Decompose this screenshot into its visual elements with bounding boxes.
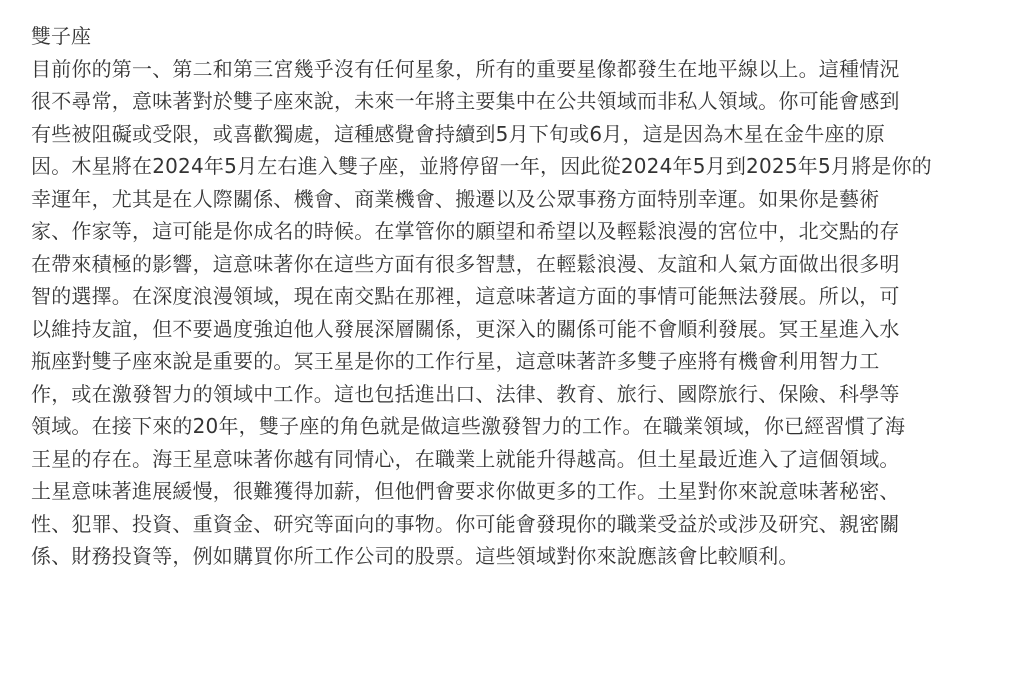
body-line: 作，或在激發智力的領域中工作。這也包括進出口、法律、教育、旅行、國際旅行、保險、… [31, 378, 991, 411]
body-line: 土星意味著進展緩慢，很難獲得加薪，但他們會要求你做更多的工作。土星對你來說意味著… [31, 475, 991, 508]
horoscope-article: 雙子座 目前你的第一、第二和第三宮幾乎沒有任何星象，所有的重要星像都發生在地平線… [31, 20, 991, 573]
body-line: 瓶座對雙子座來說是重要的。冥王星是你的工作行星，這意味著許多雙子座將有機會利用智… [31, 345, 991, 378]
article-title: 雙子座 [31, 20, 991, 53]
body-line: 有些被阻礙或受限，或喜歡獨處，這種感覺會持續到5月下旬或6月，這是因為木星在金牛… [31, 118, 991, 151]
body-line: 王星的存在。海王星意味著你越有同情心，在職業上就能升得越高。但土星最近進入了這個… [31, 443, 991, 476]
body-line: 領域。在接下來的20年，雙子座的角色就是做這些激發智力的工作。在職業領域，你已經… [31, 410, 991, 443]
body-line: 智的選擇。在深度浪漫領域，現在南交點在那裡，這意味著這方面的事情可能無法發展。所… [31, 280, 991, 313]
body-line: 很不尋常，意味著對於雙子座來說，未來一年將主要集中在公共領域而非私人領域。你可能… [31, 85, 991, 118]
body-line: 以維持友誼，但不要過度強迫他人發展深層關係，更深入的關係可能不會順利發展。冥王星… [31, 313, 991, 346]
body-line: 在帶來積極的影響，這意味著你在這些方面有很多智慧，在輕鬆浪漫、友誼和人氣方面做出… [31, 248, 991, 281]
body-line: 家、作家等，這可能是你成名的時候。在掌管你的願望和希望以及輕鬆浪漫的宮位中，北交… [31, 215, 991, 248]
body-line: 性、犯罪、投資、重資金、研究等面向的事物。你可能會發現你的職業受益於或涉及研究、… [31, 508, 991, 541]
article-body: 目前你的第一、第二和第三宮幾乎沒有任何星象，所有的重要星像都發生在地平線以上。這… [31, 53, 991, 573]
body-line: 幸運年，尤其是在人際關係、機會、商業機會、搬遷以及公眾事務方面特別幸運。如果你是… [31, 183, 991, 216]
body-line: 目前你的第一、第二和第三宮幾乎沒有任何星象，所有的重要星像都發生在地平線以上。這… [31, 53, 991, 86]
body-line: 因。木星將在2024年5月左右進入雙子座，並將停留一年，因此從2024年5月到2… [31, 150, 991, 183]
body-line: 係、財務投資等，例如購買你所工作公司的股票。這些領域對你來說應該會比較順利。 [31, 540, 991, 573]
